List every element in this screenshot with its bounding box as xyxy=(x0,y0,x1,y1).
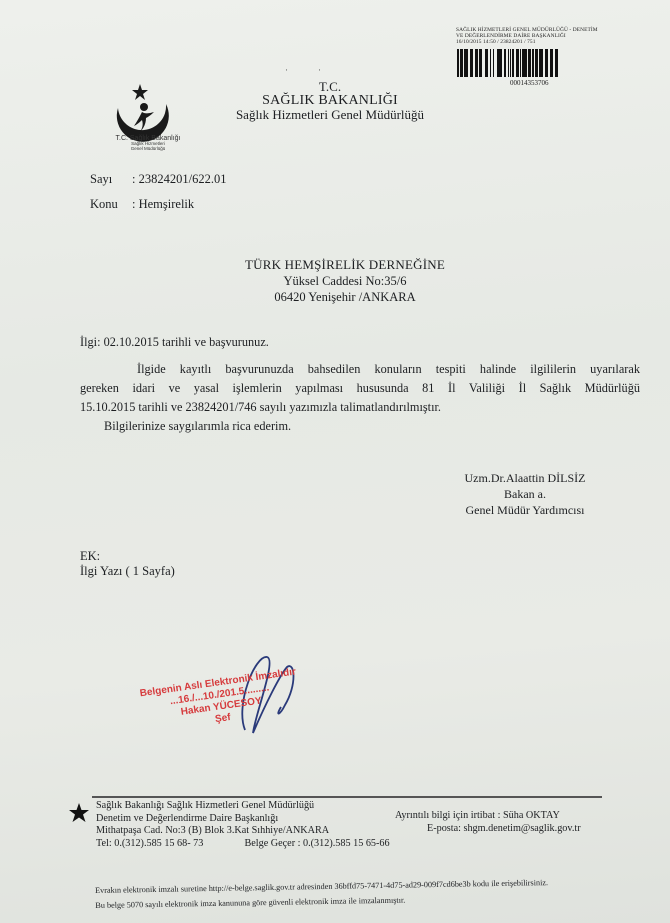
number-value: : 23824201/622.01 xyxy=(132,172,226,186)
recipient-city: 06420 Yenişehir /ANKARA xyxy=(200,289,490,305)
footer-contact-person: Ayrıntılı bilgi için irtibat : Süha OKTA… xyxy=(395,810,635,823)
footer-line1: Sağlık Bakanlığı Sağlık Hizmetleri Genel… xyxy=(96,800,416,813)
body-paragraph: İlgide kayıtlı başvurunuzda bahsedilen k… xyxy=(80,360,640,436)
footer-phones: Tel: 0.(312).585 15 68- 73 Belge Geçer :… xyxy=(96,838,416,851)
body-line-3: 15.10.2015 tarihli ve 23824201/746 sayıl… xyxy=(80,398,640,417)
subject-label: Konu xyxy=(90,197,132,212)
signer-title: Genel Müdür Yardımcısı xyxy=(440,502,610,518)
country-label: T.C. xyxy=(230,80,430,94)
attachment-item: İlgi Yazı ( 1 Sayfa) xyxy=(80,564,175,579)
scan-specks: ·· xyxy=(285,65,351,75)
reference-line: İlgi: 02.10.2015 tarihli ve başvurunuz. xyxy=(80,333,640,352)
barcode xyxy=(457,49,622,77)
footer-contact: Ayrıntılı bilgi için irtibat : Süha OKTA… xyxy=(395,810,635,835)
signer-on-behalf: Bakan a. xyxy=(440,486,610,502)
letterhead: T.C. SAĞLIK BAKANLIĞI Sağlık Hizmetleri … xyxy=(230,80,430,122)
directorate-name: Sağlık Hizmetleri Genel Müdürlüğü xyxy=(230,108,430,122)
document-subject: Konu: Hemşirelik xyxy=(90,197,194,212)
logo-caption: T.C. Sağlık Bakanlığı Sağlık Hizmetleri … xyxy=(108,135,188,151)
barcode-date-ref: 16/10/2015 14:50 / 23824201 / 751 xyxy=(456,39,656,45)
footer-address: Sağlık Bakanlığı Sağlık Hizmetleri Genel… xyxy=(96,800,416,850)
barcode-number: 00014353706 xyxy=(510,79,549,87)
signer-name: Uzm.Dr.Alaattin DİLSİZ xyxy=(440,470,610,486)
subject-value: : Hemşirelik xyxy=(132,197,194,211)
number-label: Sayı xyxy=(90,172,132,187)
footer-tel: Tel: 0.(312).585 15 68- 73 xyxy=(96,838,203,849)
document-page: SAĞLIK HİZMETLERİ GENEL MÜDÜRLÜĞÜ - DENE… xyxy=(0,0,670,923)
recipient-org: TÜRK HEMŞİRELİK DERNEĞİNE xyxy=(200,257,490,273)
footer-email[interactable]: E-posta: shgm.denetim@saglik.gov.tr xyxy=(395,823,635,836)
document-number: Sayı: 23824201/622.01 xyxy=(90,172,226,187)
ministry-name: SAĞLIK BAKANLIĞI xyxy=(230,94,430,108)
closing-line: Bilgilerinize saygılarımla rica ederim. xyxy=(80,417,640,436)
recipient-street: Yüksel Caddesi No:35/6 xyxy=(200,273,490,289)
footer-fax: Belge Geçer : 0.(312).585 15 65-66 xyxy=(244,838,389,849)
barcode-header: SAĞLIK HİZMETLERİ GENEL MÜDÜRLÜĞÜ - DENE… xyxy=(456,27,656,45)
body-line-2: gereken idari ve yasal işlemlerin yapılm… xyxy=(80,379,640,398)
footer-divider xyxy=(92,796,602,798)
attachments: EK: İlgi Yazı ( 1 Sayfa) xyxy=(80,549,175,579)
footer-line3: Mithatpaşa Cad. No:3 (B) Blok 3.Kat Sıhh… xyxy=(96,825,416,838)
e-signature-note: Evrakın elektronik imzalı suretine http:… xyxy=(95,873,655,913)
recipient-address: TÜRK HEMŞİRELİK DERNEĞİNE Yüksel Caddesi… xyxy=(200,257,490,305)
body-line-1: İlgide kayıtlı başvurunuzda bahsedilen k… xyxy=(80,360,640,379)
star-icon xyxy=(68,802,90,824)
logo-caption-sub2: Genel Müdürlüğü xyxy=(108,147,188,152)
footer-line2: Denetim ve Değerlendirme Daire Başkanlığ… xyxy=(96,813,416,826)
attachments-label: EK: xyxy=(80,549,175,564)
signature-block: Uzm.Dr.Alaattin DİLSİZ Bakan a. Genel Mü… xyxy=(440,470,610,518)
